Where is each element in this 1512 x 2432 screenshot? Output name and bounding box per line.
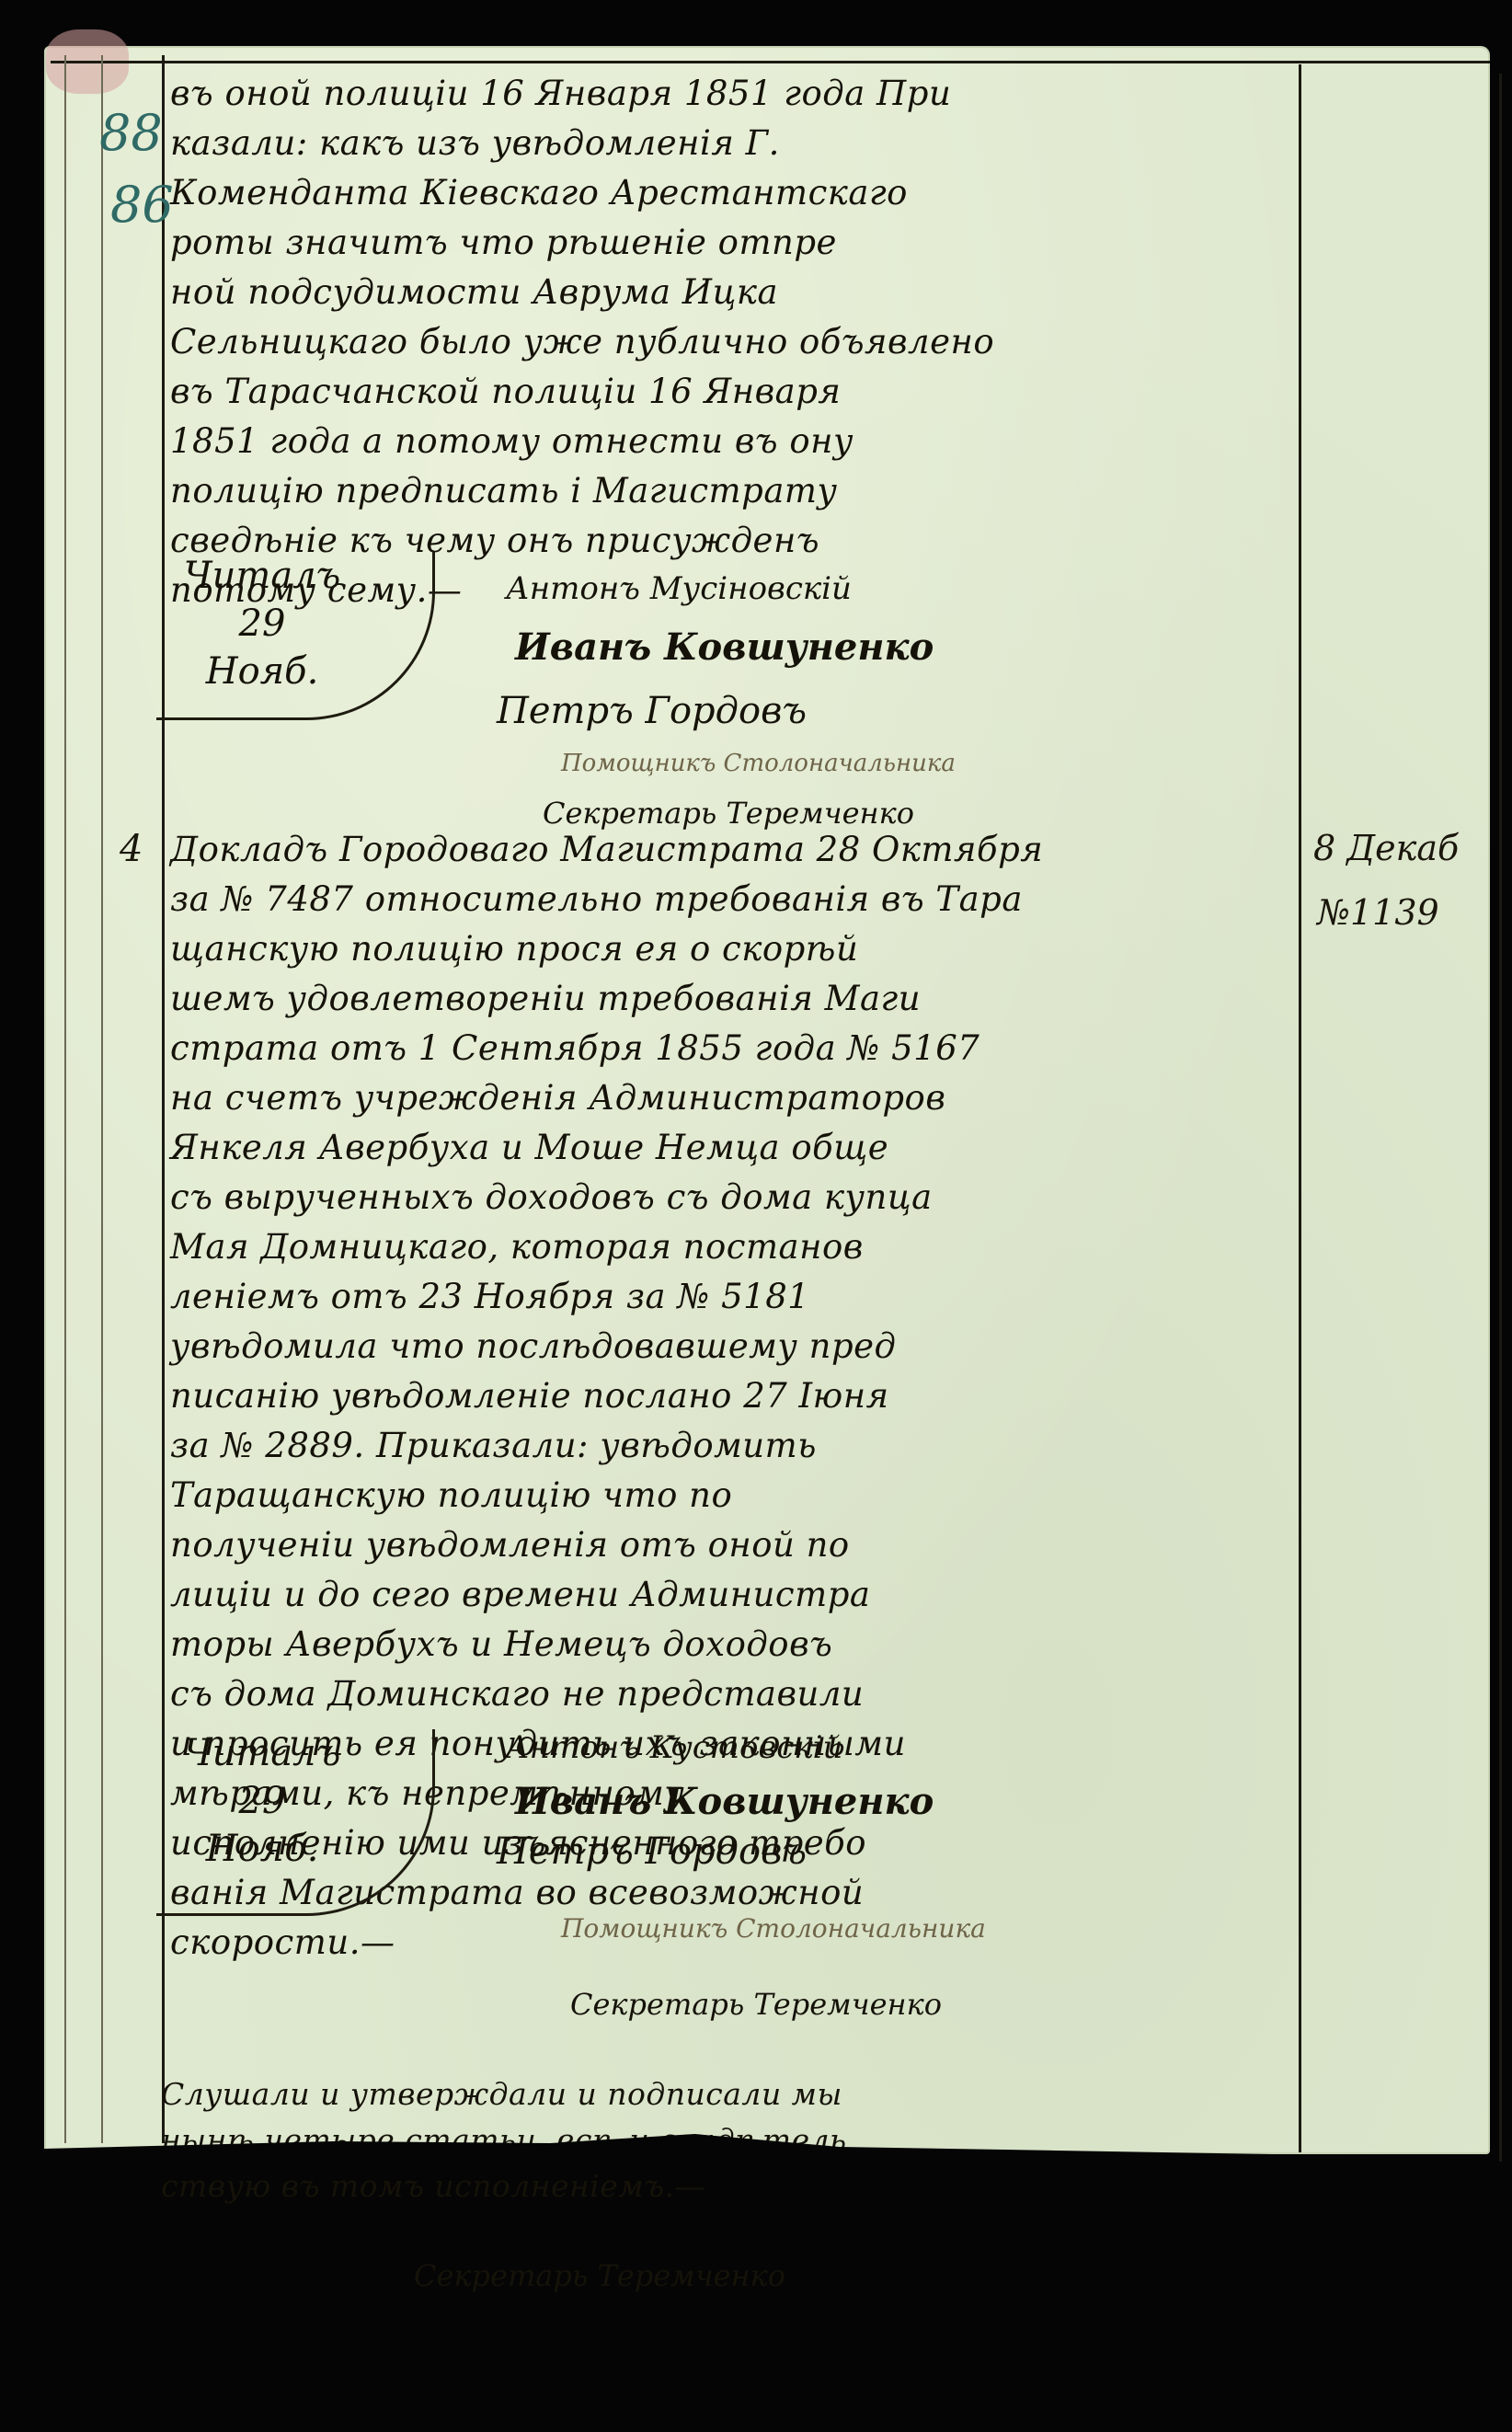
margin-rule-1 — [64, 55, 66, 2143]
text-line: въ оной полиціи 16 Января 1851 года При — [170, 64, 994, 114]
text-line: въ Тарасчанской полиціи 16 Января — [170, 362, 994, 412]
text-line: писанію увѣдомленіе послано 27 Іюня — [170, 1367, 1043, 1417]
margin-page-number-bottom: 86 — [110, 180, 174, 230]
text-line: Янкеля Авербуха и Моше Немца обще — [170, 1118, 1043, 1168]
text-line: роты значитъ что рѣшеніе отпре — [170, 213, 994, 263]
text-line: щанскую полицію прося ея о скорѣй — [170, 920, 1043, 969]
text-line: Сельницкаго было уже публично объявлено — [170, 313, 994, 362]
text-line: казали: какъ изъ увѣдомленія Г. — [170, 114, 994, 164]
text-line: Таращанскую полицію что по — [170, 1466, 1043, 1516]
entry-continued-text: въ оной полиціи 16 Января 1851 года При … — [170, 64, 994, 611]
annotation-number: №1139 — [1317, 883, 1439, 942]
text-line: лиціи и до сего времени Администра — [170, 1566, 1043, 1615]
signature-4: Помощникъ Столоначальника — [561, 750, 956, 777]
text-line: на счетъ учрежденія Администраторов — [170, 1069, 1043, 1118]
text-line: съ вырученныхъ доходовъ съ дома купца — [170, 1168, 1043, 1218]
text-line: Слушали и утверждали и подписали мы — [161, 2065, 847, 2111]
text-line: леніемъ отъ 23 Ноября за № 5181 — [170, 1268, 1043, 1317]
text-line: за № 2889. Приказали: увѣдомить — [170, 1417, 1043, 1466]
annotation-date: 8 Декаб — [1313, 819, 1459, 878]
signature-1: Антонъ Мусіновскій — [506, 570, 852, 607]
margin-rule-2 — [101, 55, 103, 2143]
signature-2: Иванъ Ковшуненко — [515, 1780, 934, 1823]
text-line: Мая Домницкаго, которая постанов — [170, 1218, 1043, 1268]
signature-1: Антонъ Кустовскій — [506, 1729, 842, 1766]
signature-5: Секретарь Теремченко — [570, 1987, 942, 2022]
closing-signature: Секретарь Теремченко — [414, 2258, 785, 2293]
text-line: торы Авербухъ и Немецъ доходовъ — [170, 1615, 1043, 1665]
closing-text: Слушали и утверждали и подписали мы нынѣ… — [161, 2065, 847, 2203]
signature-3: Петръ Гордовъ — [497, 690, 807, 732]
signature-3: Петръ Гордовъ — [497, 1830, 807, 1873]
text-line: страта отъ 1 Сентября 1855 года № 5167 — [170, 1019, 1043, 1069]
signature-4: Помощникъ Столоначальника — [561, 1913, 986, 1944]
text-column-right-rule — [1299, 64, 1301, 2152]
signature-2: Иванъ Ковшуненко — [515, 625, 934, 669]
text-line: полученіи увѣдомленія отъ оной по — [170, 1516, 1043, 1566]
text-line: полицію предписать і Магистрату — [170, 462, 994, 511]
text-line: ной подсудимости Аврума Ицка — [170, 263, 994, 313]
annotation-column-right-rule — [1499, 74, 1502, 2162]
margin-page-number-top: 88 — [99, 109, 163, 158]
text-line: увѣдомила что послѣдовавшему пред — [170, 1317, 1043, 1367]
top-rule — [51, 61, 1490, 63]
text-line: за № 7487 относительно требованія въ Тар… — [170, 870, 1043, 920]
entry-number: 4 — [120, 828, 143, 870]
text-line: Докладъ Городоваго Магистрата 28 Октября — [170, 820, 1043, 870]
text-line: съ дома Доминскаго не представили — [170, 1665, 1043, 1715]
text-line: 1851 года а потому отнести въ ону — [170, 412, 994, 462]
text-line: Коменданта Кіевскаго Арестантскаго — [170, 164, 994, 213]
text-line: шемъ удовлетвореніи требованія Маги — [170, 969, 1043, 1019]
